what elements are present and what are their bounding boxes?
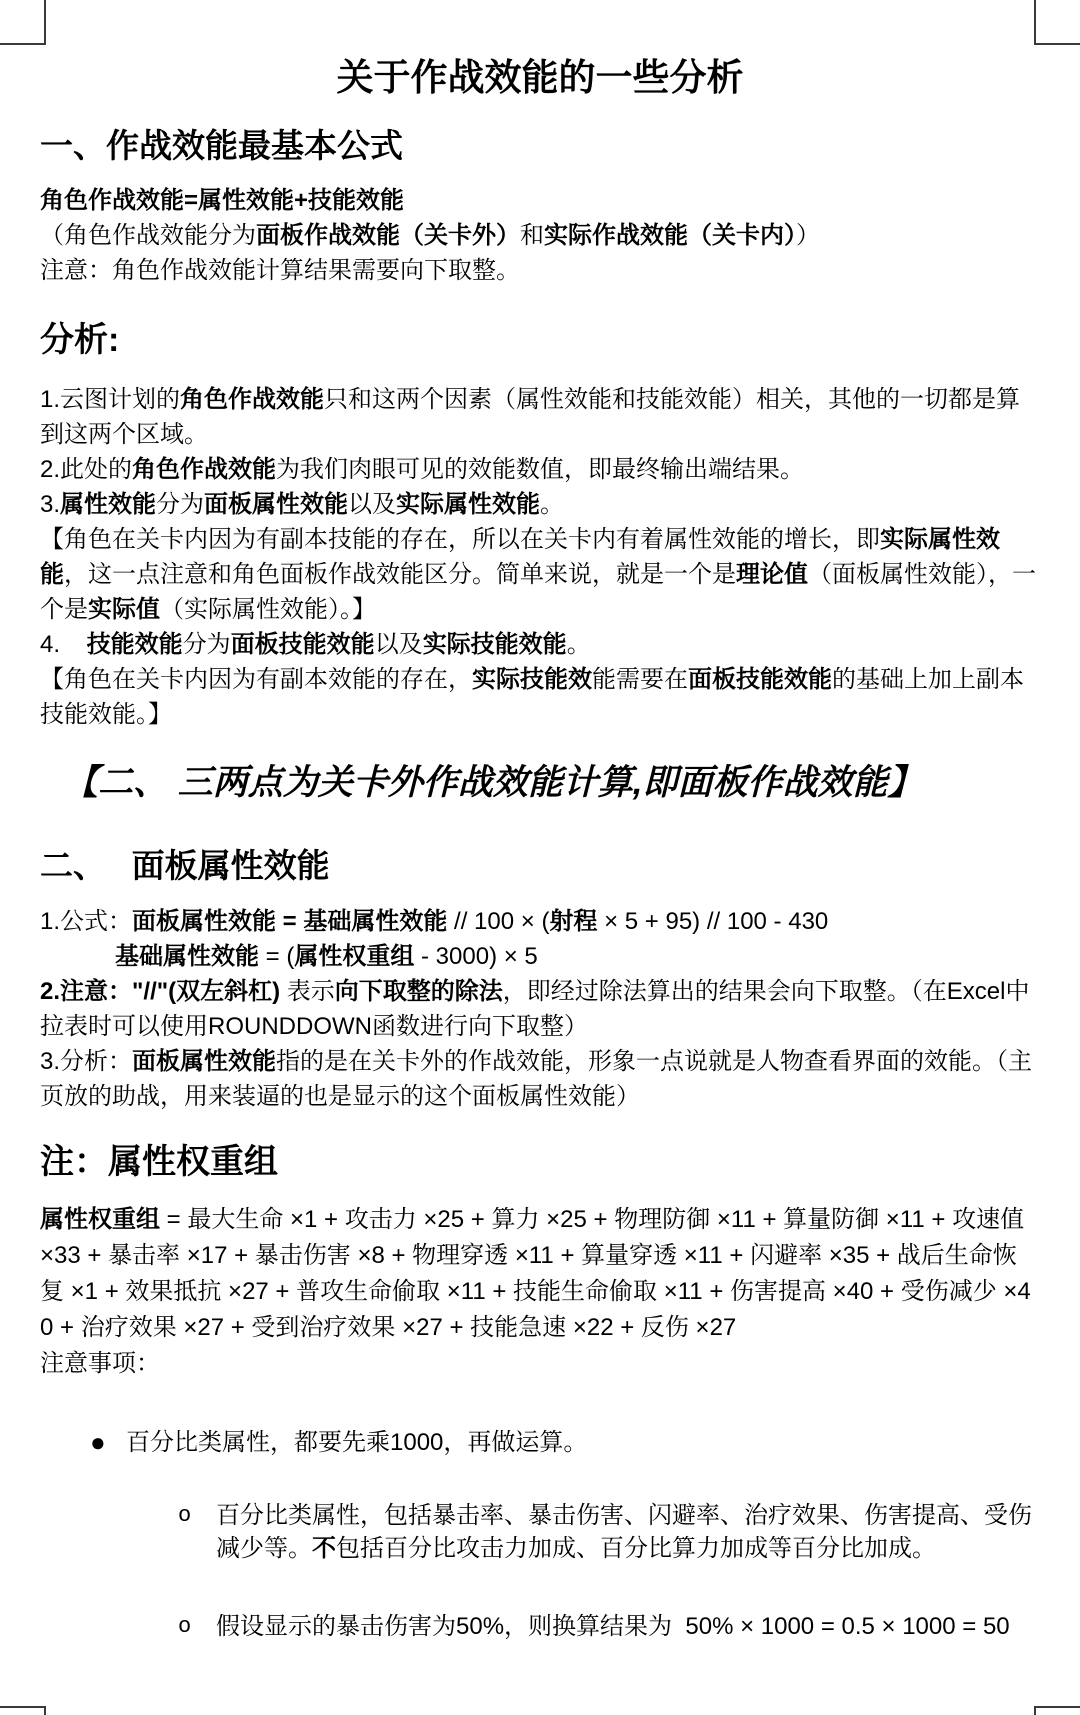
document-content: 关于作战效能的一些分析 一、作战效能最基本公式 角色作战效能=属性效能+技能效能… xyxy=(0,0,1080,1643)
heading-analysis: 分析: xyxy=(40,318,1040,362)
heading-attribute-weight: 注：属性权重组 xyxy=(40,1140,1040,1184)
bullet-marker-level2: o xyxy=(178,1499,216,1532)
paragraph-weight-formula: 属性权重组 = 最大生命 ×1 + 攻击力 ×25 + 算力 ×25 + 物理防… xyxy=(40,1202,1040,1346)
heading-basic-formula: 一、作战效能最基本公式 xyxy=(40,126,1040,166)
paragraph-panel-formula-1: 1.公式：面板属性效能 = 基础属性效能 // 100 × (射程 × 5 + … xyxy=(40,904,1040,939)
paragraph-core-formula: 角色作战效能=属性效能+技能效能 xyxy=(40,183,1040,218)
paragraph-floor-note: 注意：角色作战效能计算结果需要向下取整。 xyxy=(40,253,1040,288)
bullet-marker-level1: ● xyxy=(90,1426,126,1459)
paragraph-analysis-2: 2.此处的角色作战效能为我们肉眼可见的效能数值，即最终输出端结果。 xyxy=(40,452,1040,487)
document-page: 关于作战效能的一些分析 一、作战效能最基本公式 角色作战效能=属性效能+技能效能… xyxy=(0,0,1080,1715)
sub-bullet-item-example: o 假设显示的暴击伤害为50%，则换算结果为 50% × 1000 = 0.5 … xyxy=(178,1610,1040,1643)
paragraph-analysis-3: 3.属性效能分为面板属性效能以及实际属性效能。 xyxy=(40,487,1040,522)
sub-bullet-item-scope-text: 百分比类属性，包括暴击率、暴击伤害、闪避率、治疗效果、伤害提高、受伤减少等。不包… xyxy=(216,1499,1040,1565)
paragraph-notice-label: 注意事项： xyxy=(40,1346,1040,1381)
paragraph-panel-note: 2.注意："//"(双左斜杠) 表示向下取整的除法，即经过除法算出的结果会向下取… xyxy=(40,974,1040,1044)
page-corner-mark-bottom-right xyxy=(1034,1706,1080,1715)
paragraph-bracket-attribute: 【角色在关卡内因为有副本技能的存在，所以在关卡内有着属性效能的增长，即实际属性效… xyxy=(40,522,1040,627)
sub-bullet-item-example-text: 假设显示的暴击伤害为50%，则换算结果为 50% × 1000 = 0.5 × … xyxy=(216,1610,1040,1643)
bullet-item-percent: ● 百分比类属性，都要先乘1000，再做运算。 xyxy=(90,1426,1040,1459)
paragraph-paren-note: （角色作战效能分为面板作战效能（关卡外）和实际作战效能（关卡内）） xyxy=(40,218,1040,253)
page-corner-mark-bottom-left xyxy=(0,1706,46,1715)
bullet-item-percent-text: 百分比类属性，都要先乘1000，再做运算。 xyxy=(126,1426,1040,1459)
paragraph-bracket-skill: 【角色在关卡内因为有副本效能的存在，实际技能效能需要在面板技能效能的基础上加上副… xyxy=(40,662,1040,732)
document-title: 关于作战效能的一些分析 xyxy=(40,0,1040,100)
paragraph-panel-formula-2: 基础属性效能 = (属性权重组 - 3000) × 5 xyxy=(40,939,1040,974)
page-corner-mark-top-left xyxy=(0,0,46,45)
paragraph-analysis-1: 1.云图计划的角色作战效能只和这两个因素（属性效能和技能效能）相关，其他的一切都… xyxy=(40,382,1040,452)
page-corner-mark-top-right xyxy=(1034,0,1080,45)
bullet-marker-level2: o xyxy=(178,1610,216,1643)
heading-panel-attribute: 二、 面板属性效能 xyxy=(40,846,1040,886)
paragraph-analysis-4: 4. 技能效能分为面板技能效能以及实际技能效能。 xyxy=(40,627,1040,662)
paragraph-panel-analysis: 3.分析：面板属性效能指的是在关卡外的作战效能，形象一点说就是人物查看界面的效能… xyxy=(40,1044,1040,1114)
banner-section-note: 【二、 三两点为关卡外作战效能计算,即面板作战效能】 xyxy=(40,760,1040,806)
sub-bullet-item-scope: o 百分比类属性，包括暴击率、暴击伤害、闪避率、治疗效果、伤害提高、受伤减少等。… xyxy=(178,1499,1040,1565)
